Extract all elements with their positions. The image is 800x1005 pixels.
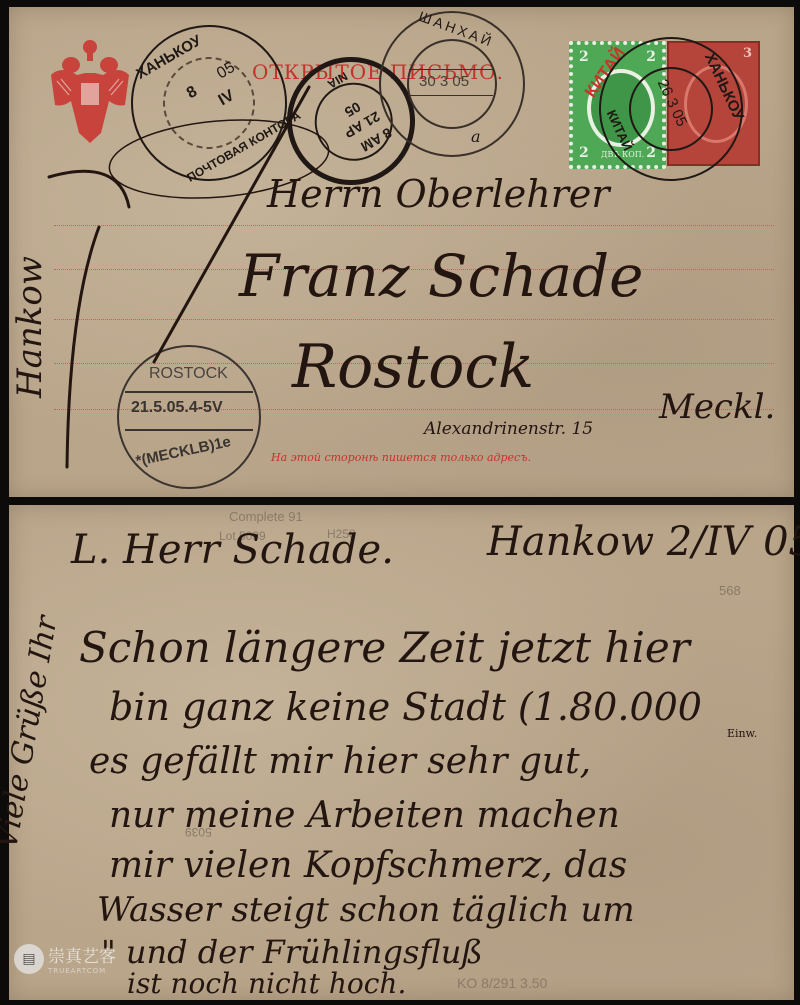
watermark: ▤ 崇真艺客 TRUEARTCOM xyxy=(14,942,116,975)
letter-line: ist noch nicht hoch. xyxy=(127,967,406,1000)
address-line-1: Herrn Oberlehrer xyxy=(267,172,610,216)
address-street: Alexandrinenstr. 15 xyxy=(424,419,593,439)
greeting: L. Herr Schade. xyxy=(71,527,394,573)
address-line-3: Rostock xyxy=(292,332,534,402)
letter-line: mir vielen Kopfschmerz, das xyxy=(109,845,627,886)
note-einw: Einw. xyxy=(727,727,757,740)
letter-line: " und der Frühlingsfluß xyxy=(101,933,483,971)
side-note-hankow: Hankow xyxy=(10,256,50,398)
letter-line: bin ganz keine Stadt (1.80.000 xyxy=(109,685,702,729)
address-line-3-suffix: Meckl. xyxy=(659,387,775,427)
place-date: Hankow 2/IV 05. xyxy=(487,519,800,565)
address-line-2: Franz Schade xyxy=(239,242,644,310)
letter-line: nur meine Arbeiten machen xyxy=(109,795,620,836)
watermark-logo-icon: ▤ xyxy=(14,944,44,974)
letter-line: Schon längere Zeit jetzt hier xyxy=(79,623,690,672)
postcard-front: ОТКРЫТОЕ ПИСЬМО. ХАНЬКОУ ПОЧТОВАЯ КОНТОР… xyxy=(9,7,794,497)
letter-line: Wasser steigt schon täglich um xyxy=(97,890,635,930)
postcard-back: Complete 91 Lot 5039 H250 568 5039 KO 8/… xyxy=(9,505,794,1000)
pencil-note: KO 8/291 3.50 xyxy=(457,975,547,991)
letter-line: es gefällt mir hier sehr gut, xyxy=(89,741,591,782)
side-signature: Viele Grüße Ihr xyxy=(0,613,65,851)
pencil-note: Complete 91 xyxy=(229,509,303,524)
footer-note: На этой сторонѣ пишется только адресъ. xyxy=(271,451,531,464)
pencil-note: 568 xyxy=(719,583,741,598)
